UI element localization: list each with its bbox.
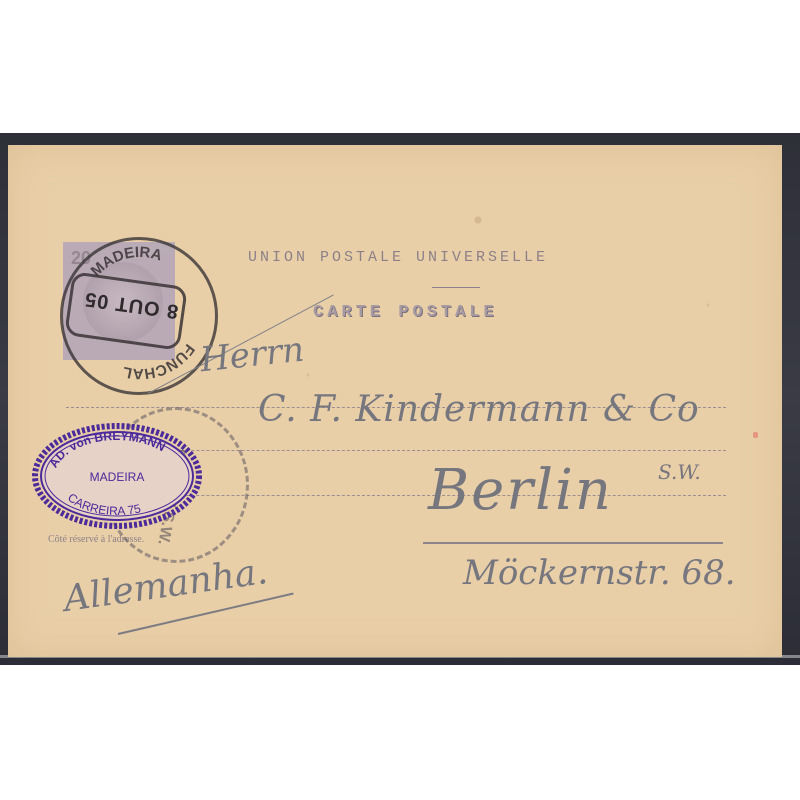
city-underline [423,542,723,544]
recipient-street: Möckernstr. 68. [463,553,736,593]
postmark-city-ring: FUNCHAL MADEIRA [64,237,216,389]
svg-text:MADEIRA: MADEIRA [88,244,165,280]
svg-text:FUNCHAL: FUNCHAL [121,341,198,382]
recipient-city-district: S.W. [658,460,701,484]
postmark-region: MADEIRA [88,244,165,280]
recipient-city: Berlin [428,458,613,523]
company-oval-stamp: AD. von BREYMANN MADEIRA CARREIRA 75 [32,423,202,529]
red-ink-mark [753,432,758,438]
company-place: MADEIRA [90,470,145,484]
header-title: UNION POSTALE UNIVERSELLE [248,249,548,266]
card-type-title: CARTE POSTALE [313,303,498,322]
recipient-name: C. F. Kindermann & Co [258,389,700,430]
header-divider [432,287,480,288]
postmark-city: FUNCHAL [121,341,198,382]
postcard: 20 8 OUT 05 FUNCHAL MADEIRA UNION POSTAL… [8,145,782,657]
